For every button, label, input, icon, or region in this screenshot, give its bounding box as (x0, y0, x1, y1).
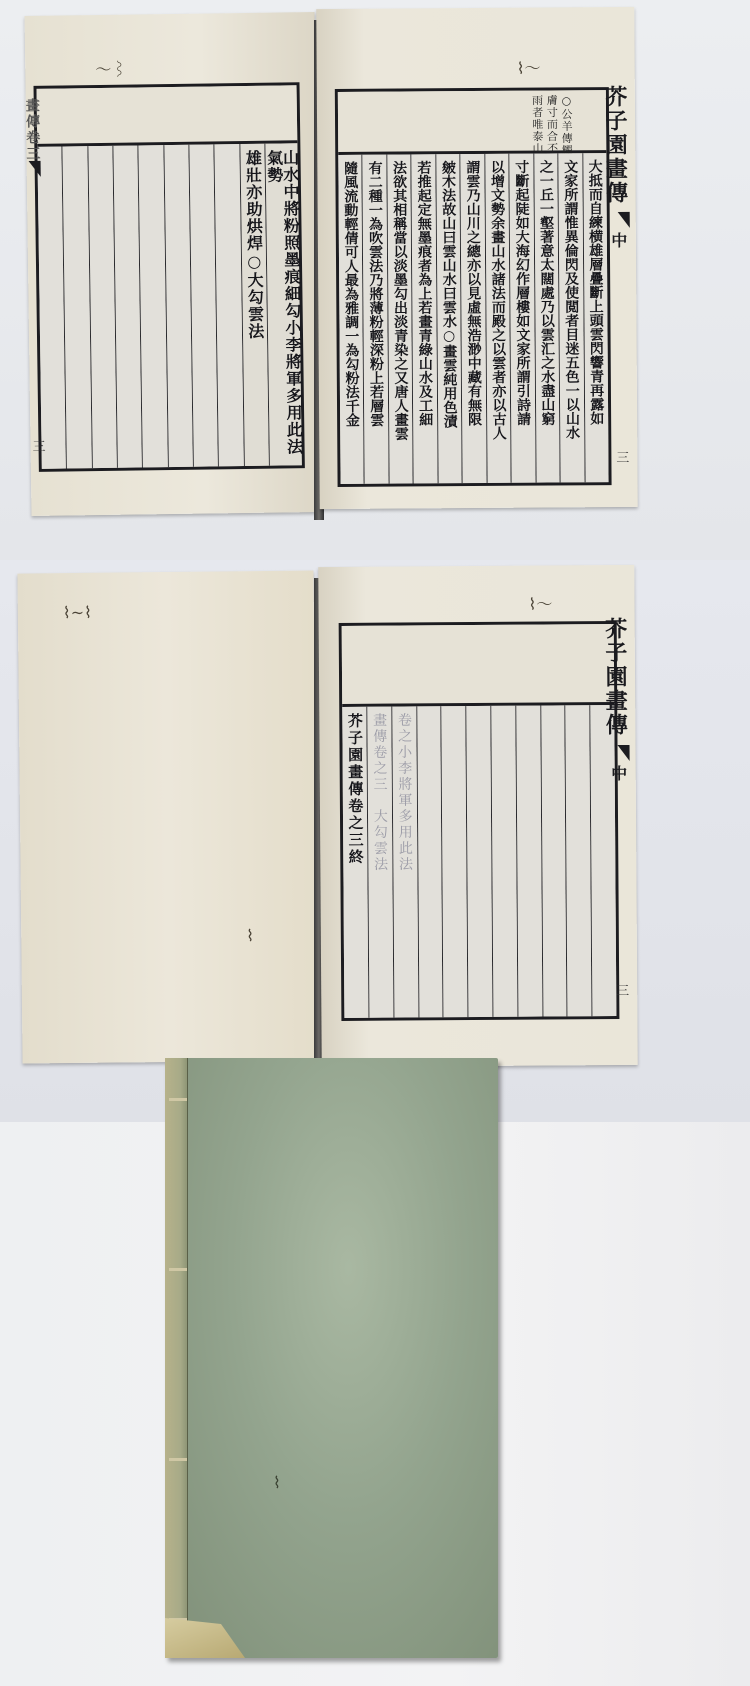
header-box (342, 624, 615, 707)
column-text: 之一丘一壑著意太闊處乃以雲汇之水盡山窮 (539, 153, 555, 425)
wormhole-damage: ⌇〜 (517, 56, 541, 79)
text-column: 雄壯亦助烘焊○大勾雲法 (239, 144, 269, 466)
print-frame: ○公羊傳觸石而起 膚寸而合不崇朝而 雨者唯泰山雲乎 大抵而自練横雄層疊斷上頭雲閃… (335, 87, 612, 487)
blank-column (188, 144, 218, 466)
edge-subtitle: 中 (607, 232, 630, 250)
show-through-column: 畫傳卷之三 大勾雲法 (366, 707, 393, 1018)
column-text: 法欲其相稱當以淡墨勾出淡青染之又唐人畫雲 (392, 154, 408, 440)
edge-subtitle: 中 (607, 765, 630, 783)
edge-title: 芥子園畫傳 (600, 617, 632, 737)
column-text: 文家所謂惟異倫閃及使閲者目迷五色一以山水 (563, 153, 579, 439)
thread-binding-spine (165, 1058, 188, 1658)
print-frame: 山水中將粉照墨痕細勾小李將軍多用此法氣勢 雄壯亦助烘焊○大勾雲法 (34, 82, 305, 472)
fishtail-mark (618, 212, 630, 228)
column-text: 雄壯亦助烘焊○大勾雲法 (244, 144, 263, 340)
binding-thread (169, 1458, 187, 1461)
text-column: 山水中將粉照墨痕細勾小李將軍多用此法氣勢 (264, 143, 301, 465)
photo-panel-spread-1: 山水中將粉照墨痕細勾小李將軍多用此法氣勢 雄壯亦助烘焊○大勾雲法 畫傳卷三 三 … (0, 0, 750, 560)
wormhole-damage: 〜⌇ (95, 57, 127, 80)
page-number: 三 (616, 980, 629, 999)
blank-column (565, 705, 592, 1016)
blank-column (112, 145, 142, 467)
text-column: 之一丘一壑著意太闊處乃以雲汇之水盡山窮 (533, 153, 560, 482)
photo-panel-spread-2: ⌇~⌇ ⌇ 卷之小李將軍多用此法 畫傳卷之三 大勾雲法 芥子園畫傳卷之三終 芥子… (0, 560, 750, 1122)
column-text: 山水中將粉照墨痕細勾小李將軍多用此法氣勢 (265, 143, 301, 465)
blank-column (214, 144, 244, 466)
column-text: 寸斷起陡如大海幻作層樓如文家所謂引詩請 (514, 154, 530, 426)
show-through-text: 畫傳卷之三 大勾雲法 (372, 707, 387, 873)
blank-column (163, 145, 193, 467)
blank-column (490, 706, 517, 1017)
show-through-text: 卷之小李將軍多用此法 (397, 706, 412, 872)
text-column: 芥子園畫傳卷之三終 (342, 707, 368, 1018)
text-column: 謂雲乃山川之總亦以見虛無浩渺中藏有無限 (460, 154, 487, 483)
text-column: 隨風流動輕倩可人最為雅調一為勾粉法千金 (338, 155, 364, 484)
right-page: 卷之小李將軍多用此法 畫傳卷之三 大勾雲法 芥子園畫傳卷之三終 芥子園畫傳 中 … (318, 565, 637, 1067)
edge-title: 畫傳卷三 (22, 98, 43, 162)
blank-column (540, 705, 567, 1016)
wormhole-damage: ⌇ (273, 1473, 281, 1492)
text-column: 以增文勢余畫山水諸法而殿之以雲者亦以古人 (484, 154, 511, 483)
column-text: 以增文勢余畫山水諸法而殿之以雲者亦以古人 (490, 154, 506, 440)
binding-thread (169, 1268, 187, 1271)
wormhole-damage: ⌇~⌇ (63, 603, 92, 622)
column-text: 若推起定無墨痕者為上若畫青綠山水及工細 (416, 154, 432, 426)
text-columns: 大抵而自練横雄層疊斷上頭雲閃響青再露如 文家所謂惟異倫閃及使閲者目迷五色一以山水… (338, 153, 608, 484)
show-through-column: 卷之小李將軍多用此法 (391, 706, 418, 1017)
column-text: 皴木法故山曰雲山水曰雲水○畫雲純用色漬 (441, 154, 457, 428)
page-number: 三 (32, 436, 45, 455)
book-cover: ⌇ (165, 1058, 498, 1658)
edge-title: 芥子園畫傳 (600, 85, 632, 205)
left-page: 山水中將粉照墨痕細勾小李將軍多用此法氣勢 雄壯亦助烘焊○大勾雲法 畫傳卷三 三 … (25, 12, 322, 516)
header-box (37, 85, 298, 147)
binding-thread (169, 1098, 187, 1101)
fishtail-mark (29, 161, 41, 177)
blank-column (87, 146, 117, 468)
text-column: 有二種一為吹雲法乃將薄粉輕深粉上若層雲 (362, 155, 389, 484)
blank-column (62, 146, 92, 468)
blank-column (138, 145, 168, 467)
blank-column (441, 706, 468, 1017)
worn-corner (165, 1618, 245, 1658)
column-text: 有二種一為吹雲法乃將薄粉輕深粉上若層雲 (367, 155, 383, 427)
left-page-blank: ⌇~⌇ ⌇ (17, 570, 318, 1063)
text-column: 文家所謂惟異倫閃及使閲者目迷五色一以山水 (557, 153, 584, 482)
text-columns: 卷之小李將軍多用此法 畫傳卷之三 大勾雲法 芥子園畫傳卷之三終 (342, 705, 616, 1018)
column-text-colophon: 芥子園畫傳卷之三終 (347, 707, 363, 866)
column-text: 隨風流動輕倩可人最為雅調一為勾粉法千金 (343, 155, 359, 427)
text-column: 法欲其相稱當以淡墨勾出淡青染之又唐人畫雲 (386, 154, 413, 483)
page-number: 三 (616, 447, 629, 466)
text-columns: 山水中將粉照墨痕細勾小李將軍多用此法氣勢 雄壯亦助烘焊○大勾雲法 (37, 143, 301, 469)
blank-column (465, 706, 492, 1017)
blank-column (37, 147, 66, 469)
blank-column (515, 706, 542, 1017)
print-frame: 卷之小李將軍多用此法 畫傳卷之三 大勾雲法 芥子園畫傳卷之三終 (339, 621, 620, 1021)
right-page: ○公羊傳觸石而起 膚寸而合不崇朝而 雨者唯泰山雲乎 大抵而自練横雄層疊斷上頭雲閃… (316, 7, 637, 509)
blank-column (589, 705, 616, 1016)
text-column: 皴木法故山曰雲山水曰雲水○畫雲純用色漬 (435, 154, 462, 483)
blank-column (416, 706, 443, 1017)
wormhole-damage: ⌇ (246, 926, 254, 945)
wormhole-damage: ⌇〜 (528, 591, 552, 614)
header-box: ○公羊傳觸石而起 膚寸而合不崇朝而 雨者唯泰山雲乎 (338, 90, 606, 155)
fishtail-mark (618, 745, 630, 761)
column-text: 謂雲乃山川之總亦以見虛無浩渺中藏有無限 (465, 154, 481, 426)
text-column: 寸斷起陡如大海幻作層樓如文家所謂引詩請 (508, 154, 535, 483)
text-column: 若推起定無墨痕者為上若畫青綠山水及工細 (411, 154, 438, 483)
